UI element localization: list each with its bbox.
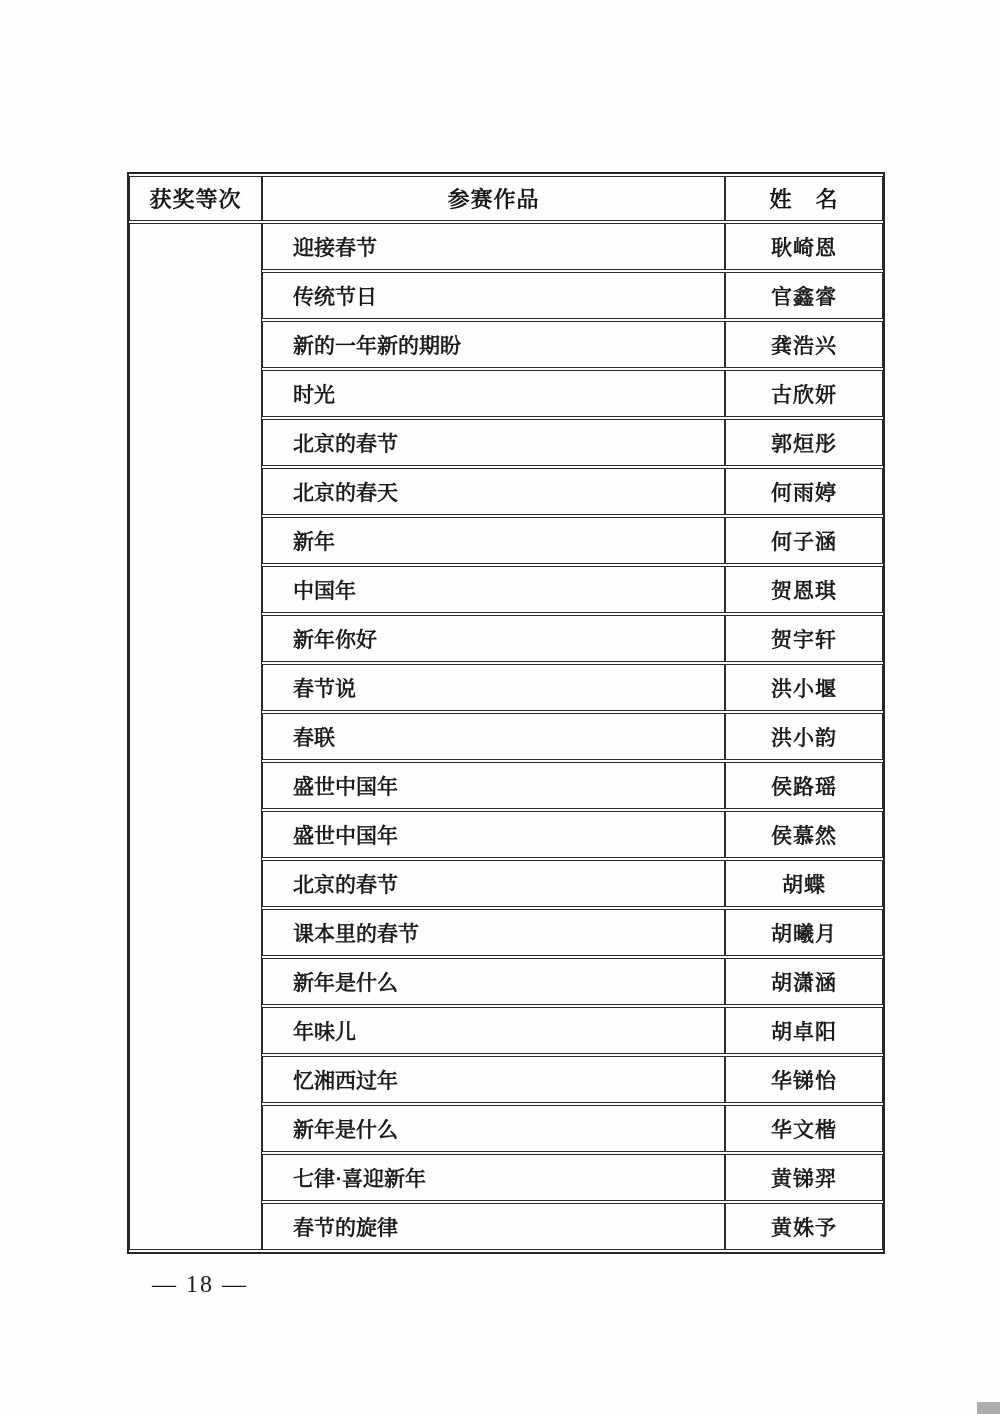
entry-work-cell: 北京的春天 [262, 468, 725, 515]
participant-name-cell: 华锑怡 [725, 1056, 883, 1103]
document-page: 获奖等次 参赛作品 姓 名 迎接春节 耿崎恩 传统节日 官鑫睿 新的一年新的期盼… [0, 0, 1000, 1414]
page-number: — 18 — [152, 1272, 248, 1299]
participant-name-cell: 贺恩琪 [725, 566, 883, 613]
participant-name-cell: 胡卓阳 [725, 1007, 883, 1054]
participant-name-cell: 洪小韵 [725, 713, 883, 760]
entry-work-cell: 时光 [262, 370, 725, 417]
entry-work-cell: 北京的春节 [262, 419, 725, 466]
entry-work-cell: 春节说 [262, 664, 725, 711]
participant-name-cell: 胡曦月 [725, 909, 883, 956]
table-body: 迎接春节 耿崎恩 传统节日 官鑫睿 新的一年新的期盼 龚浩兴 时光 古欣妍 北京… [129, 223, 883, 1250]
header-award-level: 获奖等次 [129, 176, 262, 221]
entry-work-cell: 新年 [262, 517, 725, 564]
participant-name-cell: 郭烜彤 [725, 419, 883, 466]
entry-work-cell: 新年是什么 [262, 958, 725, 1005]
participant-name-cell: 黄锑羿 [725, 1154, 883, 1201]
award-level-cell [129, 223, 262, 1250]
entry-work-cell: 新的一年新的期盼 [262, 321, 725, 368]
entry-work-cell: 新年是什么 [262, 1105, 725, 1152]
table-header-row: 获奖等次 参赛作品 姓 名 [129, 176, 883, 221]
entry-work-cell: 新年你好 [262, 615, 725, 662]
entry-work-cell: 课本里的春节 [262, 909, 725, 956]
entry-work-cell: 春节的旋律 [262, 1203, 725, 1250]
header-entry-work: 参赛作品 [262, 176, 725, 221]
table-row: 迎接春节 耿崎恩 [129, 223, 883, 270]
scan-corner-artifact [977, 1402, 1000, 1414]
participant-name-cell: 侯路瑶 [725, 762, 883, 809]
entry-work-cell: 盛世中国年 [262, 762, 725, 809]
awards-table: 获奖等次 参赛作品 姓 名 迎接春节 耿崎恩 传统节日 官鑫睿 新的一年新的期盼… [127, 172, 885, 1254]
participant-name-cell: 古欣妍 [725, 370, 883, 417]
entry-work-cell: 忆湘西过年 [262, 1056, 725, 1103]
entry-work-cell: 迎接春节 [262, 223, 725, 270]
participant-name-cell: 黄姝予 [725, 1203, 883, 1250]
participant-name-cell: 何子涵 [725, 517, 883, 564]
entry-work-cell: 七律·喜迎新年 [262, 1154, 725, 1201]
participant-name-cell: 胡蝶 [725, 860, 883, 907]
participant-name-cell: 何雨婷 [725, 468, 883, 515]
participant-name-cell: 贺宇轩 [725, 615, 883, 662]
entry-work-cell: 中国年 [262, 566, 725, 613]
participant-name-cell: 洪小堰 [725, 664, 883, 711]
participant-name-cell: 华文楷 [725, 1105, 883, 1152]
entry-work-cell: 传统节日 [262, 272, 725, 319]
participant-name-cell: 侯慕然 [725, 811, 883, 858]
entry-work-cell: 春联 [262, 713, 725, 760]
header-name: 姓 名 [725, 176, 883, 221]
entry-work-cell: 年味儿 [262, 1007, 725, 1054]
participant-name-cell: 龚浩兴 [725, 321, 883, 368]
participant-name-cell: 耿崎恩 [725, 223, 883, 270]
entry-work-cell: 北京的春节 [262, 860, 725, 907]
entry-work-cell: 盛世中国年 [262, 811, 725, 858]
participant-name-cell: 官鑫睿 [725, 272, 883, 319]
participant-name-cell: 胡潇涵 [725, 958, 883, 1005]
